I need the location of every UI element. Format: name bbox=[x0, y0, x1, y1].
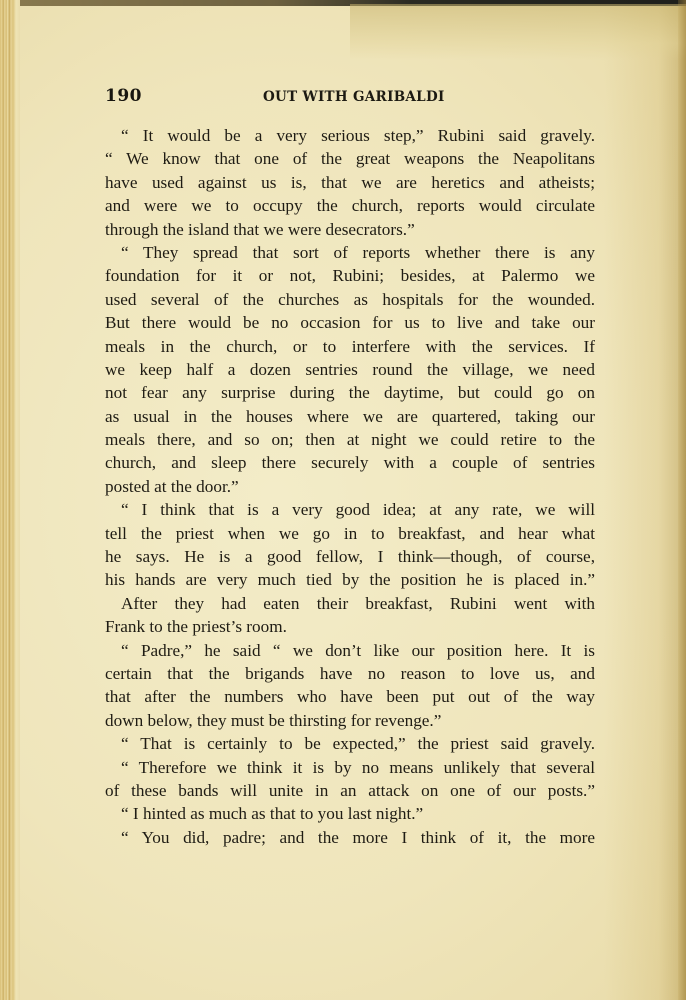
page-stack-left-edge bbox=[0, 0, 20, 1000]
page-header: 190 OUT WITH GARIBALDI bbox=[105, 86, 595, 110]
text-line: “ I think that is a very good idea; at a… bbox=[105, 498, 595, 521]
top-page-fold-band bbox=[350, 4, 686, 60]
text-line: that after the numbers who have been put… bbox=[105, 685, 595, 708]
text-line: “ That is certainly to be expected,” the… bbox=[105, 732, 595, 755]
text-line: foundation for it or not, Rubini; beside… bbox=[105, 264, 595, 287]
text-line: we keep half a dozen sentries round the … bbox=[105, 358, 595, 381]
text-line: and were we to occupy the church, report… bbox=[105, 194, 595, 217]
text-line: have used against us is, that we are her… bbox=[105, 171, 595, 194]
text-line: “ I hinted as much as that to you last n… bbox=[105, 802, 595, 825]
text-line: “ You did, padre; and the more I think o… bbox=[105, 826, 595, 849]
text-line: church, and sleep there securely with a … bbox=[105, 451, 595, 474]
text-line: tell the priest when we go in to breakfa… bbox=[105, 522, 595, 545]
text-line: his hands are very much tied by the posi… bbox=[105, 568, 595, 591]
running-head: OUT WITH GARIBALDI bbox=[263, 89, 445, 105]
text-line: Frank to the priest’s room. bbox=[105, 615, 595, 638]
text-line: posted at the door.” bbox=[105, 475, 595, 498]
page-number: 190 bbox=[105, 86, 142, 106]
text-line: “ Therefore we think it is by no means u… bbox=[105, 756, 595, 779]
text-line: meals in the church, or to interfere wit… bbox=[105, 335, 595, 358]
text-line: certain that the brigands have no reason… bbox=[105, 662, 595, 685]
text-line: But there would be no occasion for us to… bbox=[105, 311, 595, 334]
text-line: “ They spread that sort of reports wheth… bbox=[105, 241, 595, 264]
page-right-edge-shadow bbox=[678, 0, 686, 1000]
book-page: 190 OUT WITH GARIBALDI “ It would be a v… bbox=[0, 0, 686, 1000]
text-line: “ Padre,” he said “ we don’t like our po… bbox=[105, 639, 595, 662]
body-text: “ It would be a very serious step,” Rubi… bbox=[105, 124, 595, 849]
text-line: “ It would be a very serious step,” Rubi… bbox=[105, 124, 595, 147]
text-line: used several of the churches as hospital… bbox=[105, 288, 595, 311]
text-line: as usual in the houses where we are quar… bbox=[105, 405, 595, 428]
text-line: not fear any surprise during the daytime… bbox=[105, 381, 595, 404]
text-line: meals there, and so on; then at night we… bbox=[105, 428, 595, 451]
text-line: After they had eaten their breakfast, Ru… bbox=[105, 592, 595, 615]
text-line: “ We know that one of the great weapons … bbox=[105, 147, 595, 170]
text-line: he says. He is a good fellow, I think—th… bbox=[105, 545, 595, 568]
text-line: of these bands will unite in an attack o… bbox=[105, 779, 595, 802]
text-line: through the island that we were desecrat… bbox=[105, 218, 595, 241]
text-line: down below, they must be thirsting for r… bbox=[105, 709, 595, 732]
